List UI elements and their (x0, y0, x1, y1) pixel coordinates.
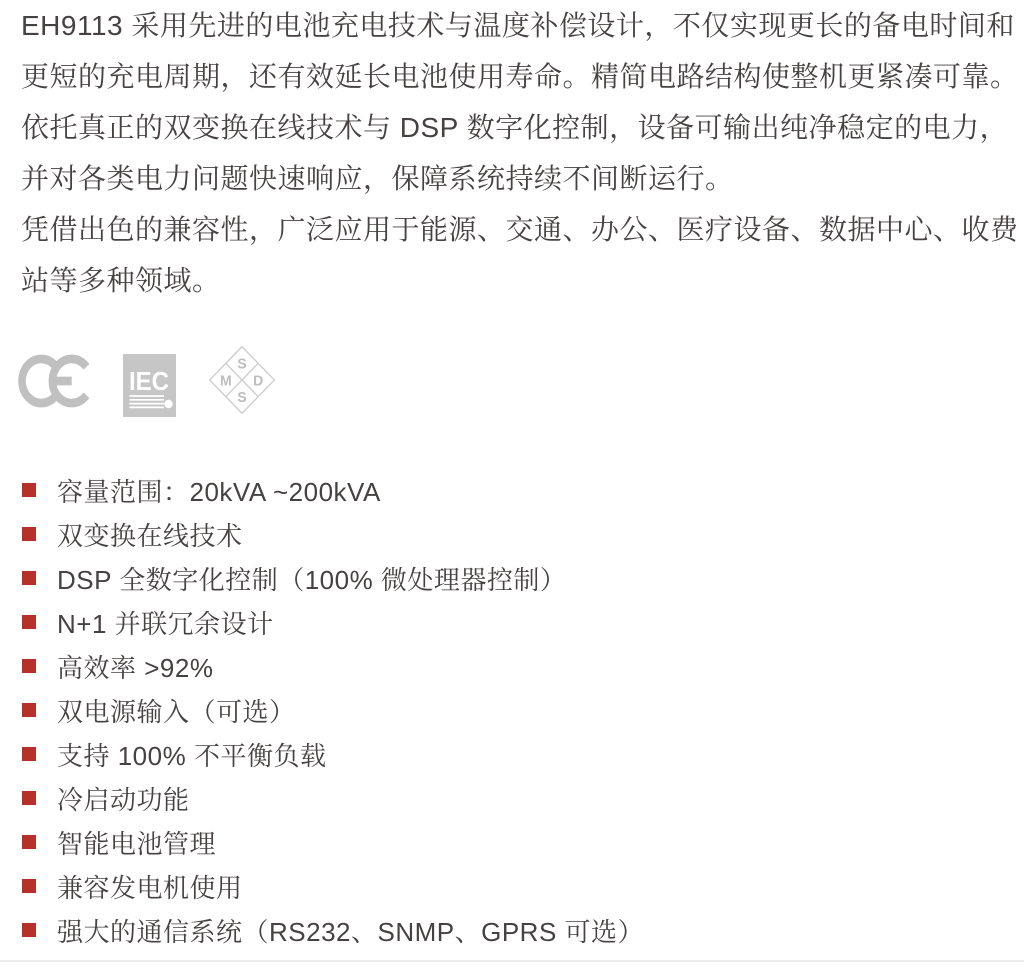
intro-line: EH9113 采用先进的电池充电技术与温度补偿设计，不仅实现更长的备电时间和 (21, 0, 1016, 51)
feature-item: DSP 全数字化控制（100% 微处理器控制） (22, 556, 644, 600)
bullet-square-icon (22, 615, 36, 629)
bullet-square-icon (22, 835, 36, 849)
feature-item: 高效率 >92% (22, 644, 644, 688)
feature-item: 双电源输入（可选） (22, 688, 644, 732)
feature-item: 支持 100% 不平衡负载 (22, 732, 644, 776)
feature-text: 兼容发电机使用 (57, 868, 243, 905)
ce-mark-logo (18, 352, 95, 410)
product-intro: EH9113 采用先进的电池充电技术与温度补偿设计，不仅实现更长的备电时间和更短… (21, 0, 1016, 306)
feature-item: N+1 并联冗余设计 (22, 600, 644, 644)
feature-text: 容量范围：20kVA ~200kVA (57, 472, 381, 509)
intro-line: 依托真正的双变换在线技术与 DSP 数字化控制，设备可输出纯净稳定的电力， (21, 102, 1016, 153)
feature-text: 高效率 >92% (57, 648, 213, 685)
bullet-square-icon (22, 879, 36, 893)
msds-logo: S M D S (207, 344, 277, 416)
bullet-square-icon (22, 923, 36, 937)
feature-text: 冷启动功能 (57, 780, 190, 817)
intro-line: 凭借出色的兼容性，广泛应用于能源、交通、办公、医疗设备、数据中心、收费 (21, 204, 1016, 255)
feature-text: 双变换在线技术 (57, 516, 243, 553)
feature-text: N+1 并联冗余设计 (57, 604, 274, 641)
msds-letter-right: D (253, 373, 263, 389)
feature-list: 容量范围：20kVA ~200kVA双变换在线技术DSP 全数字化控制（100%… (22, 468, 644, 952)
bullet-square-icon (22, 571, 36, 585)
bullet-square-icon (22, 747, 36, 761)
iec-dot-icon (164, 400, 172, 408)
feature-text: 双电源输入（可选） (57, 692, 296, 729)
intro-line: 站等多种领域。 (21, 255, 1016, 306)
bullet-square-icon (22, 791, 36, 805)
intro-line: 并对各类电力问题快速响应，保障系统持续不间断运行。 (21, 153, 1016, 204)
feature-item: 兼容发电机使用 (22, 864, 644, 908)
feature-item: 强大的通信系统（RS232、SNMP、GPRS 可选） (22, 908, 644, 952)
intro-line: 更短的充电周期，还有效延长电池使用寿命。精简电路结构使整机更紧凑可靠。 (21, 51, 1016, 102)
feature-text: 智能电池管理 (57, 824, 216, 861)
iec-logo: IEC (123, 354, 176, 417)
feature-item: 容量范围：20kVA ~200kVA (22, 468, 644, 512)
bottom-divider (0, 960, 1024, 962)
feature-item: 双变换在线技术 (22, 512, 644, 556)
msds-letter-bottom: S (237, 390, 246, 406)
feature-item: 智能电池管理 (22, 820, 644, 864)
iec-logo-label: IEC (129, 366, 169, 396)
msds-letter-top: S (237, 357, 246, 373)
feature-text: 支持 100% 不平衡负载 (57, 736, 326, 773)
feature-item: 冷启动功能 (22, 776, 644, 820)
feature-text: DSP 全数字化控制（100% 微处理器控制） (57, 560, 566, 597)
bullet-square-icon (22, 483, 36, 497)
msds-letter-left: M (220, 373, 232, 389)
bullet-square-icon (22, 659, 36, 673)
bullet-square-icon (22, 703, 36, 717)
bullet-square-icon (22, 527, 36, 541)
feature-text: 强大的通信系统（RS232、SNMP、GPRS 可选） (57, 912, 644, 949)
